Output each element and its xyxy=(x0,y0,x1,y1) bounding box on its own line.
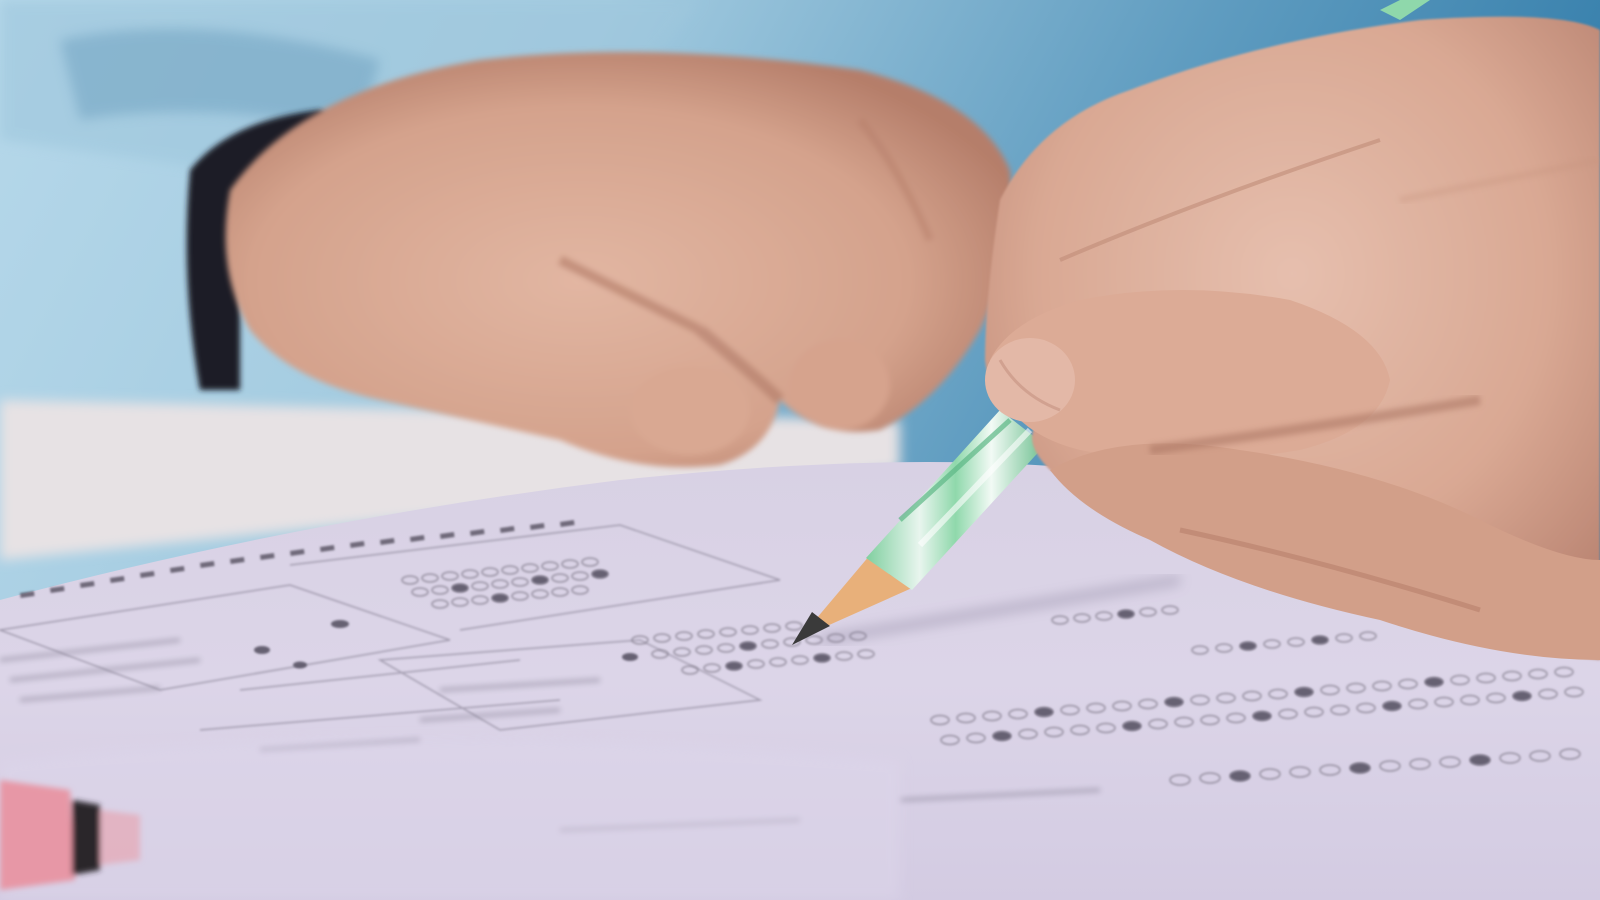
photo-scene: Close-up of a student's hands filling in… xyxy=(0,0,1600,900)
photo-illustration xyxy=(0,0,1600,900)
thumb-tip xyxy=(985,338,1075,422)
